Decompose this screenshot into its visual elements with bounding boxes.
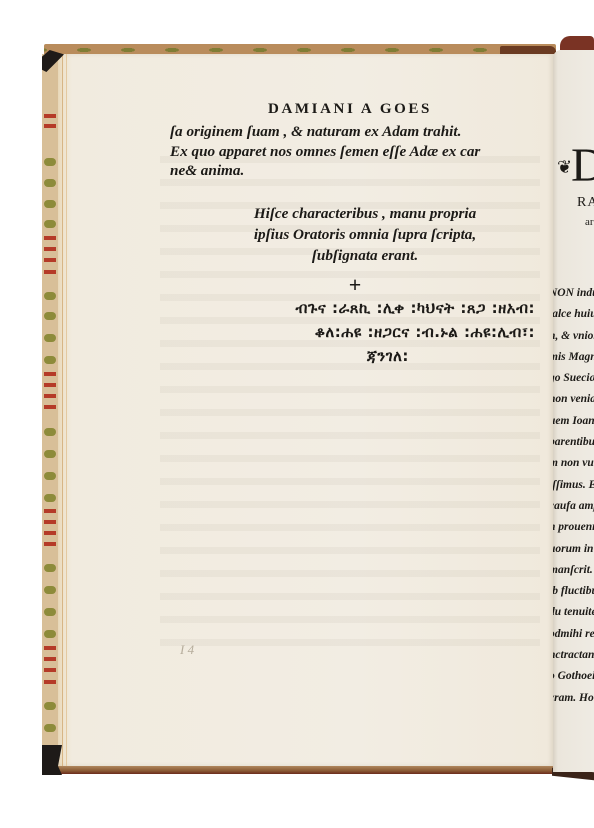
pattern-mark-green [44, 428, 56, 436]
pattern-mark-green [44, 494, 56, 502]
pattern-mark-red [44, 258, 56, 262]
pattern-mark-green [44, 356, 56, 364]
pattern-mark-green [44, 179, 56, 187]
pattern-mark-green [44, 630, 56, 638]
ethiopic-line: ቆለ:ሐዩ :ዘጋርና :ብ.ኑል :ሐዩ:ሊብ፣: [205, 320, 535, 344]
ethiopic-line: ጃንገለ: [205, 344, 535, 368]
text-line: ib fluctibus [553, 581, 594, 602]
right-board-headcap [560, 36, 594, 50]
right-page: ❦ D RA ar NON indu talce huiu n, & vnion… [553, 50, 594, 772]
pattern-mark-red [44, 270, 56, 274]
pattern-mark-red [44, 509, 56, 513]
pattern-mark-green [44, 334, 56, 342]
text-line: caufa amplu [553, 496, 594, 517]
leather-corner-bottom [42, 745, 62, 775]
text-line: du tenuite [553, 602, 594, 623]
latin-paragraph: ſa originem ſuam , & naturam ex Adam tra… [170, 122, 530, 181]
text-line: n prouenribu [553, 517, 594, 538]
pattern-mark-green [44, 724, 56, 732]
text-line: ipſius Oratoris omnia ſupra ſcripta, [200, 224, 530, 245]
pattern-mark-red [44, 680, 56, 684]
fleuron-icon: ❦ [557, 157, 572, 178]
running-head: DAMIANI A GOES [160, 101, 540, 118]
pattern-mark-red [44, 646, 56, 650]
pattern-mark-red [44, 405, 56, 409]
text-line: parentibus, [553, 432, 594, 453]
subheading: RA [577, 195, 594, 211]
text-line: ſa originem ſuam , & naturam ex Adam tra… [170, 122, 530, 142]
colophon: Hiſce characteribus , manu propria ipſiu… [200, 203, 530, 266]
text-line: ne& anima. [170, 161, 530, 181]
pattern-mark-green [44, 586, 56, 594]
text-line: mis Magni [553, 347, 594, 368]
pattern-mark-red [44, 247, 56, 251]
right-page-text: NON indu talce huiu n, & vnion mis Magni… [553, 283, 594, 709]
text-line: o Gothoeius [553, 666, 594, 687]
heading-initial: D [571, 138, 594, 193]
pattern-mark-red [44, 236, 56, 240]
pattern-mark-red [44, 114, 56, 118]
pattern-mark-green [44, 220, 56, 228]
pattern-mark-green [44, 312, 56, 320]
pattern-mark-red [44, 124, 56, 128]
cross-icon: + [340, 272, 370, 298]
pattern-mark-red [44, 542, 56, 546]
subheading: ar [585, 216, 594, 228]
pattern-mark-red [44, 394, 56, 398]
text-line: NON indu [553, 283, 594, 304]
text-line: iſſimus. Ec [553, 475, 594, 496]
pattern-mark-green [44, 608, 56, 616]
text-line: uorum in [553, 539, 594, 560]
text-line: talce huiu [553, 304, 594, 325]
text-line: go Sueciæ ( v [553, 368, 594, 389]
text-line: uem Ioann [553, 411, 594, 432]
pattern-mark-red [44, 657, 56, 661]
ethiopic-line: ብጉና :ራጸኪ :ሊቀ :ካህናት :ጸጋ :ዘአብ: [205, 296, 535, 320]
page-signature: I 4 [180, 642, 194, 658]
pattern-mark-red [44, 372, 56, 376]
text-line: n, & vnion [553, 326, 594, 347]
text-line: nctractanda [553, 645, 594, 666]
pattern-mark-green [44, 158, 56, 166]
text-line: cram. Ho [553, 688, 594, 709]
pattern-mark-green [44, 292, 56, 300]
ethiopic-signature: ብጉና :ራጸኪ :ሊቀ :ካህናት :ጸጋ :ዘአብ: ቆለ:ሐዩ :ዘጋርና… [205, 296, 535, 368]
pattern-mark-red [44, 383, 56, 387]
pattern-mark-green [44, 702, 56, 710]
text-line: ſubſignata erant. [200, 245, 530, 266]
open-book: DAMIANI A GOES ſa originem ſuam , & natu… [0, 0, 594, 828]
text-line: Ex quo apparet nos omnes ſemen eſſe Adæ … [170, 142, 530, 162]
text-line: manſcrit. cu [553, 560, 594, 581]
pattern-mark-red [44, 668, 56, 672]
pattern-mark-green [44, 450, 56, 458]
pattern-mark-green [44, 472, 56, 480]
pattern-mark-red [44, 520, 56, 524]
pattern-mark-red [44, 531, 56, 535]
pattern-mark-green [44, 200, 56, 208]
text-line: non veniamu [553, 389, 594, 410]
text-line: Hiſce characteribus , manu propria [200, 203, 530, 224]
text-line: m non vulg [553, 453, 594, 474]
text-line: odmihi regis [553, 624, 594, 645]
pattern-mark-green [44, 564, 56, 572]
